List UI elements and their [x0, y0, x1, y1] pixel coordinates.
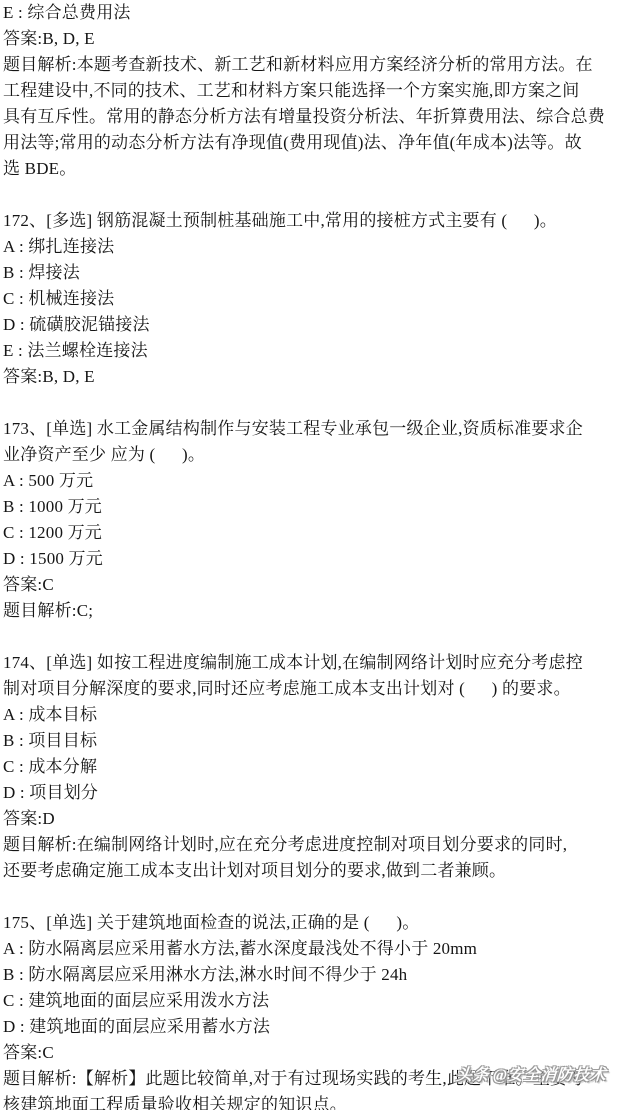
- q174-option-b: B : 项目目标: [3, 728, 618, 754]
- q173-stem-line-2: 业净资产至少 应为 ( )。: [3, 442, 618, 468]
- q173-explanation: 题目解析:C;: [3, 598, 618, 624]
- q175-option-b: B : 防水隔离层应采用淋水方法,淋水时间不得少于 24h: [3, 962, 618, 988]
- q173-option-c: C : 1200 万元: [3, 520, 618, 546]
- q172-option-b: B : 焊接法: [3, 260, 618, 286]
- q172-answer: 答案:B, D, E: [3, 364, 618, 390]
- q174-stem-line-1: 174、[单选] 如按工程进度编制施工成本计划,在编制网络计划时应充分考虑控: [3, 650, 618, 676]
- q173-answer: 答案:C: [3, 572, 618, 598]
- q175-option-c: C : 建筑地面的面层应采用泼水方法: [3, 988, 618, 1014]
- exam-document-page: E : 综合总费用法 答案:B, D, E 题目解析:本题考查新技术、新工艺和新…: [0, 0, 618, 1110]
- q171-explanation-line-4: 用法等;常用的动态分析方法有净现值(费用现值)法、净年值(年成本)法等。故: [3, 130, 618, 156]
- q173-stem-line-1: 173、[单选] 水工金属结构制作与安装工程专业承包一级企业,资质标准要求企: [3, 416, 618, 442]
- q174-option-a: A : 成本目标: [3, 702, 618, 728]
- q174-stem-line-2: 制对项目分解深度的要求,同时还应考虑施工成本支出计划对 ( ) 的要求。: [3, 676, 618, 702]
- q172-option-a: A : 绑扎连接法: [3, 234, 618, 260]
- q173-option-a: A : 500 万元: [3, 468, 618, 494]
- q175-stem: 175、[单选] 关于建筑地面检查的说法,正确的是 ( )。: [3, 910, 618, 936]
- q173-option-b: B : 1000 万元: [3, 494, 618, 520]
- question-171-tail-block: E : 综合总费用法 答案:B, D, E 题目解析:本题考查新技术、新工艺和新…: [3, 0, 618, 182]
- q171-option-e: E : 综合总费用法: [3, 0, 618, 26]
- q174-explanation-line-2: 还要考虑确定施工成本支出计划对项目划分的要求,做到二者兼顾。: [3, 858, 618, 884]
- q173-option-d: D : 1500 万元: [3, 546, 618, 572]
- q175-option-d: D : 建筑地面的面层应采用蓄水方法: [3, 1014, 618, 1040]
- q172-option-c: C : 机械连接法: [3, 286, 618, 312]
- q171-explanation-line-2: 工程建设中,不同的技术、工艺和材料方案只能选择一个方案实施,即方案之间: [3, 78, 618, 104]
- toutiao-watermark: 头条 @安全消防技术: [455, 1062, 607, 1085]
- q174-option-c: C : 成本分解: [3, 754, 618, 780]
- q172-option-d: D : 硫磺胶泥锚接法: [3, 312, 618, 338]
- question-173-block: 173、[单选] 水工金属结构制作与安装工程专业承包一级企业,资质标准要求企 业…: [3, 416, 618, 624]
- q171-explanation-line-5: 选 BDE。: [3, 156, 618, 182]
- q172-stem: 172、[多选] 钢筋混凝土预制桩基础施工中,常用的接桩方式主要有 ( )。: [3, 208, 618, 234]
- q172-option-e: E : 法兰螺栓连接法: [3, 338, 618, 364]
- q174-explanation-line-1: 题目解析:在编制网络计划时,应在充分考虑进度控制对项目划分要求的同时,: [3, 832, 618, 858]
- q171-answer: 答案:B, D, E: [3, 26, 618, 52]
- q175-option-a: A : 防水隔离层应采用蓄水方法,蓄水深度最浅处不得小于 20mm: [3, 936, 618, 962]
- q174-answer: 答案:D: [3, 806, 618, 832]
- q174-option-d: D : 项目划分: [3, 780, 618, 806]
- question-172-block: 172、[多选] 钢筋混凝土预制桩基础施工中,常用的接桩方式主要有 ( )。 A…: [3, 208, 618, 390]
- q175-explanation-line-2: 核建筑地面工程质量验收相关规定的知识点。: [3, 1092, 618, 1110]
- q171-explanation-line-3: 具有互斥性。常用的静态分析方法有增量投资分析法、年折算费用法、综合总费: [3, 104, 618, 130]
- q171-explanation-line-1: 题目解析:本题考查新技术、新工艺和新材料应用方案经济分析的常用方法。在: [3, 52, 618, 78]
- question-174-block: 174、[单选] 如按工程进度编制施工成本计划,在编制网络计划时应充分考虑控 制…: [3, 650, 618, 884]
